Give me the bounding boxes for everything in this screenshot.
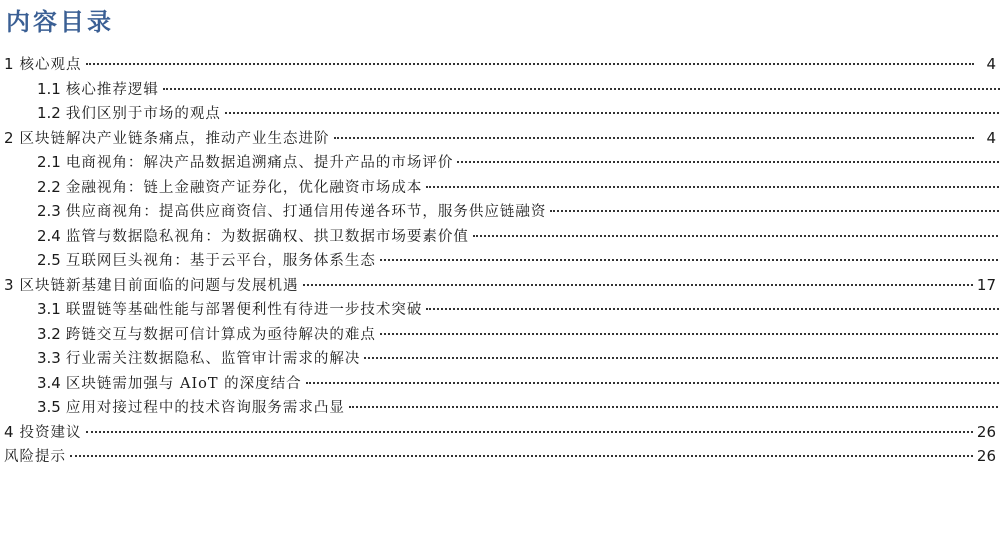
toc-entry-text: 核心推荐逻辑 xyxy=(66,78,159,102)
toc-entry[interactable]: 4 投资建议 26 xyxy=(0,420,996,444)
toc-entry[interactable]: 风险提示 26 xyxy=(0,444,996,468)
toc-entry-text: 风险提示 xyxy=(4,445,66,469)
dot-leader xyxy=(303,284,973,286)
toc-entry-number: 2.1 xyxy=(37,150,61,174)
toc-entry-text: 供应商视角：提高供应商资信、打通信用传递各环节，服务供应链融资 xyxy=(66,200,547,224)
toc-entry-text: 区块链需加强与 AIoT 的深度结合 xyxy=(66,372,302,396)
toc-entry[interactable]: 3.5 应用对接过程中的技术咨询服务需求凸显 25 xyxy=(0,395,1000,419)
dot-leader xyxy=(163,88,1000,90)
toc-entry-number: 3.4 xyxy=(37,371,61,395)
toc-entry[interactable]: 2.2 金融视角：链上金融资产证券化，优化融资市场成本 8 xyxy=(0,175,1000,199)
toc-entry-number: 2.2 xyxy=(37,175,61,199)
toc-entry-number: 3.5 xyxy=(37,395,61,419)
toc-entry-text: 互联网巨头视角：基于云平台，服务体系生态 xyxy=(66,249,376,273)
dot-leader xyxy=(349,406,1000,408)
dot-leader xyxy=(225,112,1000,114)
dot-leader xyxy=(473,235,1000,237)
toc-entry-page: 17 xyxy=(977,273,996,297)
toc-entry-text: 联盟链等基础性能与部署便利性有待进一步技术突破 xyxy=(66,298,423,322)
toc-entry-number: 3.1 xyxy=(37,297,61,321)
toc-entry[interactable]: 1.2 我们区别于市场的观点 4 xyxy=(0,101,1000,125)
toc-entry[interactable]: 1.1 核心推荐逻辑 4 xyxy=(0,77,1000,101)
toc-entry-text: 金融视角：链上金融资产证券化，优化融资市场成本 xyxy=(66,176,423,200)
toc-entry-number: 3.2 xyxy=(37,322,61,346)
toc-entry[interactable]: 1 核心观点 4 xyxy=(0,52,996,76)
toc-entry[interactable]: 2.4 监管与数据隐私视角：为数据确权、拱卫数据市场要素价值 14 xyxy=(0,224,1000,248)
toc-entry-text: 跨链交互与数据可信计算成为亟待解决的难点 xyxy=(66,323,376,347)
dot-leader xyxy=(550,210,1000,212)
toc-entry[interactable]: 3.1 联盟链等基础性能与部署便利性有待进一步技术突破 17 xyxy=(0,297,1000,321)
toc-entry-page: 4 xyxy=(978,52,996,76)
toc-entry-text: 监管与数据隐私视角：为数据确权、拱卫数据市场要素价值 xyxy=(66,225,469,249)
toc-entry[interactable]: 3.2 跨链交互与数据可信计算成为亟待解决的难点 18 xyxy=(0,322,1000,346)
toc-entry-number: 1.2 xyxy=(37,101,61,125)
toc-entry-text: 我们区别于市场的观点 xyxy=(66,102,221,126)
toc-entry[interactable]: 3.3 行业需关注数据隐私、监管审计需求的解决 19 xyxy=(0,346,1000,370)
dot-leader xyxy=(457,161,1000,163)
toc-entry-number: 1 xyxy=(4,52,14,76)
toc-entry-page: 26 xyxy=(977,444,996,468)
toc-entry-text: 应用对接过程中的技术咨询服务需求凸显 xyxy=(66,396,345,420)
toc-entry-number: 3.3 xyxy=(37,346,61,370)
toc-entry-text: 区块链新基建目前面临的问题与发展机遇 xyxy=(20,274,299,298)
toc-entry-text: 核心观点 xyxy=(20,53,82,77)
toc-entry-text: 投资建议 xyxy=(20,421,82,445)
toc-entry[interactable]: 2.5 互联网巨头视角：基于云平台，服务体系生态 17 xyxy=(0,248,1000,272)
toc-entry[interactable]: 2 区块链解决产业链条痛点，推动产业生态进阶 4 xyxy=(0,126,996,150)
toc-entry-number: 2.4 xyxy=(37,224,61,248)
dot-leader xyxy=(306,382,1000,384)
toc-entry-number: 2.5 xyxy=(37,248,61,272)
toc-entry-page: 26 xyxy=(977,420,996,444)
toc-entry[interactable]: 3 区块链新基建目前面临的问题与发展机遇 17 xyxy=(0,273,996,297)
toc-title: 内容目录 xyxy=(6,2,114,37)
dot-leader xyxy=(380,333,1000,335)
dot-leader xyxy=(86,63,974,65)
toc-entry-number: 3 xyxy=(4,273,14,297)
dot-leader xyxy=(70,455,973,457)
dot-leader xyxy=(86,431,973,433)
toc-entry-text: 区块链解决产业链条痛点，推动产业生态进阶 xyxy=(20,127,330,151)
dot-leader xyxy=(334,137,974,139)
toc-entry-page: 4 xyxy=(978,126,996,150)
toc-entry-number: 2 xyxy=(4,126,14,150)
toc-entry-number: 2.3 xyxy=(37,199,61,223)
toc-entry-number: 1.1 xyxy=(37,77,61,101)
toc-entry-text: 电商视角：解决产品数据追溯痛点、提升产品的市场评价 xyxy=(66,151,454,175)
toc-entry[interactable]: 2.1 电商视角：解决产品数据追溯痛点、提升产品的市场评价 5 xyxy=(0,150,1000,174)
toc-entry[interactable]: 3.4 区块链需加强与 AIoT 的深度结合 21 xyxy=(0,371,1000,395)
toc-entry-number: 4 xyxy=(4,420,14,444)
toc-entry-text: 行业需关注数据隐私、监管审计需求的解决 xyxy=(66,347,361,371)
dot-leader xyxy=(380,259,1000,261)
dot-leader xyxy=(364,357,1000,359)
toc-entry[interactable]: 2.3 供应商视角：提高供应商资信、打通信用传递各环节，服务供应链融资 11 xyxy=(0,199,1000,223)
dot-leader xyxy=(426,308,1000,310)
dot-leader xyxy=(426,186,1000,188)
